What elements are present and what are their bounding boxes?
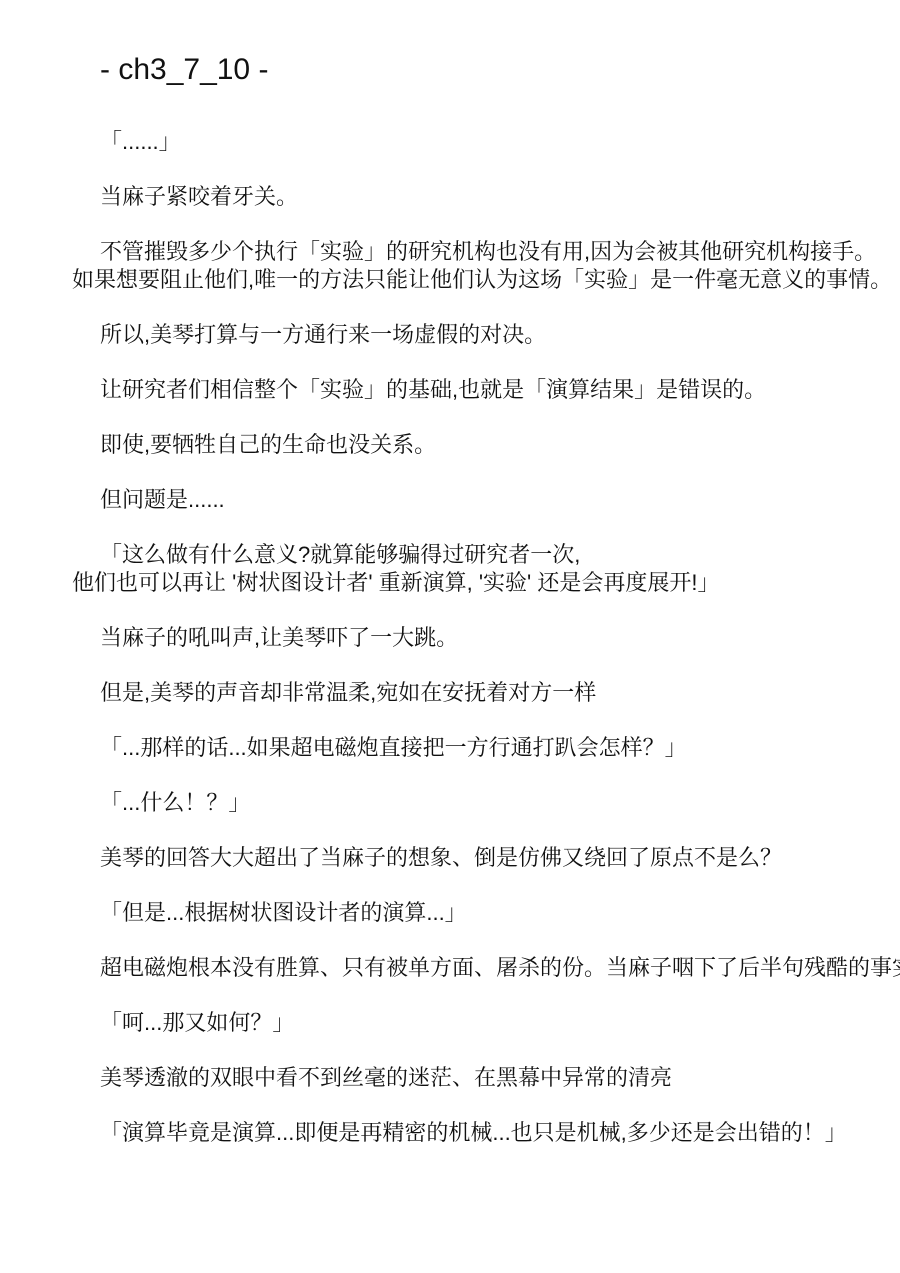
paragraph-12: 「...什么！？」 (72, 789, 900, 817)
paragraph-5: 让研究者们相信整个「实验」的基础,也就是「演算结果」是错误的。 (72, 376, 900, 404)
document-body: 「......」当麻子紧咬着牙关。不管摧毁多少个执行「实验」的研究机构也没有用,… (72, 128, 900, 1147)
paragraph-9: 当麻子的吼叫声,让美琴吓了一大跳。 (72, 624, 900, 652)
paragraph-18: 「演算毕竟是演算...即便是再精密的机械...也只是机械,多少还是会出错的！」 (72, 1119, 900, 1147)
paragraph-2: 当麻子紧咬着牙关。 (72, 183, 900, 211)
paragraph-3: 不管摧毁多少个执行「实验」的研究机构也没有用,因为会被其他研究机构接手。如果想要… (72, 238, 900, 294)
paragraph-16: 「呵...那又如何？」 (72, 1009, 900, 1037)
paragraph-4: 所以,美琴打算与一方通行来一场虚假的对决。 (72, 321, 900, 349)
paragraph-13: 美琴的回答大大超出了当麻子的想象、倒是仿佛又绕回了原点不是么？ (72, 844, 900, 872)
paragraph-6: 即使,要牺牲自己的生命也没关系。 (72, 431, 900, 459)
chapter-title: - ch3_7_10 - (100, 50, 900, 90)
paragraph-15: 超电磁炮根本没有胜算、只有被单方面、屠杀的份。当麻子咽下了后半句残酷的事实 (72, 954, 900, 982)
paragraph-7: 但问题是...... (72, 486, 900, 514)
document-page: - ch3_7_10 - 「......」当麻子紧咬着牙关。不管摧毁多少个执行「… (0, 0, 900, 1273)
paragraph-14: 「但是...根据树状图设计者的演算...」 (72, 899, 900, 927)
paragraph-17: 美琴透澈的双眼中看不到丝毫的迷茫、在黑幕中异常的清亮 (72, 1064, 900, 1092)
paragraph-8: 「这么做有什么意义?就算能够骗得过研究者一次,他们也可以再让 '树状图设计者' … (72, 541, 900, 597)
paragraph-11: 「...那样的话...如果超电磁炮直接把一方行通打趴会怎样？」 (72, 734, 900, 762)
paragraph-1: 「......」 (72, 128, 900, 156)
paragraph-10: 但是,美琴的声音却非常温柔,宛如在安抚着对方一样 (72, 679, 900, 707)
